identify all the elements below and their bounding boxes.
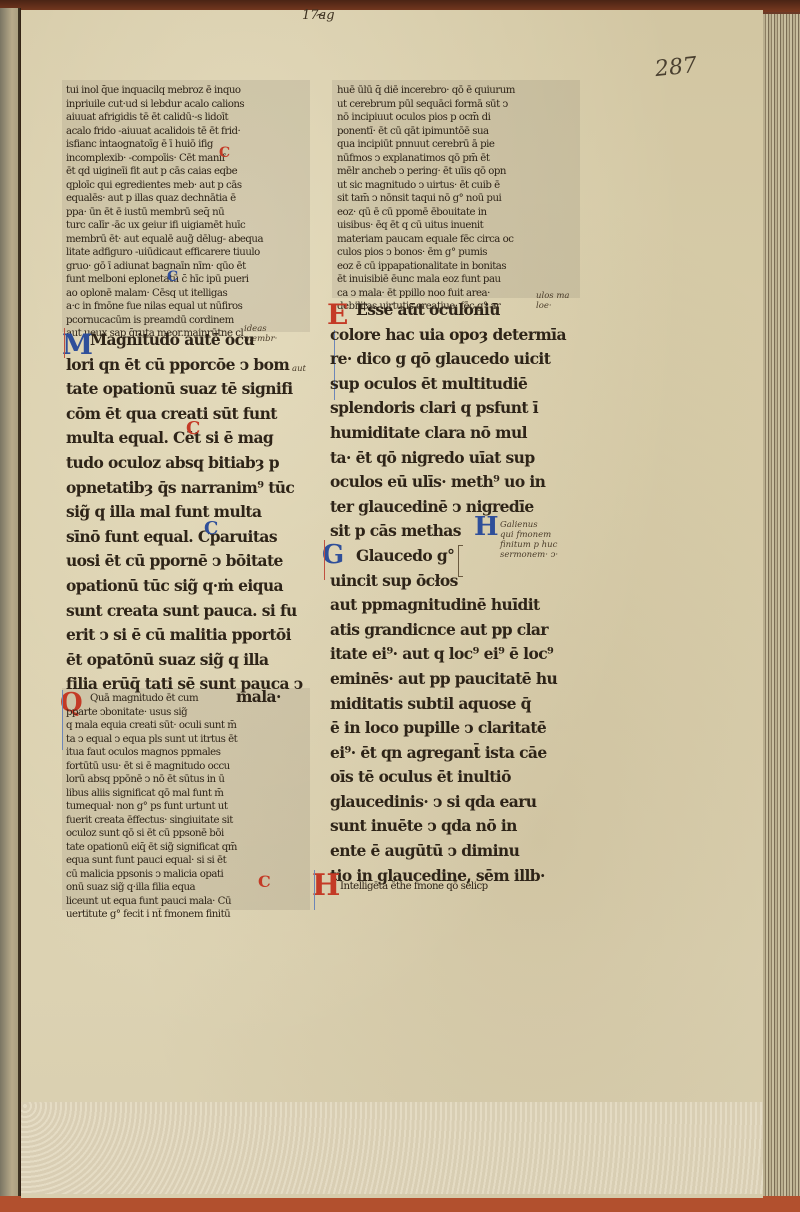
text-line: ponentī· ēt cū qāt ipimuntōē sua	[337, 125, 577, 139]
text-line: Quā magnitudo ēt cum	[66, 692, 306, 706]
folio-number: 287	[654, 53, 698, 82]
red-paragraph-mark: C	[219, 145, 230, 161]
text-line: ut cerebrum pūl sequāci formā sūt ↄ	[337, 98, 577, 112]
text-line: splendoris clari q psfunt ī	[330, 396, 580, 421]
red-paragraph-mark: C	[258, 872, 271, 891]
text-line: itate ei⁹· aut q loc⁹ ei⁹ ē loc⁹	[330, 642, 580, 667]
text-line: re· dico g qō glaucedo uicit	[330, 347, 580, 372]
text-line: uosi ēt cū ppornē ↄ bōitate	[66, 549, 306, 574]
left-column-main-text: Magnitudo autē ocu lori qn ēt cū pporcōe…	[66, 328, 306, 697]
text-line: uisibus· ēq ēt q cū uitus inuenit	[337, 219, 577, 233]
text-line: uertitute g° fecit i nt̃ fmonem finitū	[66, 908, 306, 922]
text-line: culos pios ↄ bonos· ēm g° pumis	[337, 246, 577, 260]
text-line: oculos eū ulīs· meth⁹ uo in	[330, 470, 580, 495]
text-line: q mala equia creati sūt· oculi sunt m̄	[66, 719, 306, 733]
text-line: ut sic magnitudo ↄ uirtus· ēt cuib ē	[337, 179, 577, 193]
text-line: tudo oculoz absq bitiabȝ p	[66, 451, 306, 476]
text-line: glaucedinis· ↄ si qda earu	[330, 790, 580, 815]
text-line: ēt opatōnū suaz sig̃ q illa	[66, 648, 306, 673]
blue-paragraph-mark: C	[167, 269, 178, 285]
text-line: itua faut oculos magnos ppmales	[66, 746, 306, 760]
text-line: membrū ēt· aut equalē aug̃ dēlug- abequa	[66, 233, 306, 247]
text-line: lori qn ēt cū pporcōe ↄ bom	[66, 353, 306, 378]
text-line: tate opationū suaz tē signifi	[66, 377, 306, 402]
text-line: erit ↄ si ē cū malitia pportōi	[66, 623, 306, 648]
text-line: sig̃ q illa mal funt multa	[66, 500, 306, 525]
text-line: qua incipiūt pnnuut cerebrū ā pie	[337, 138, 577, 152]
text-line: incomplexib· -compoīis· Cēt manif	[66, 152, 306, 166]
text-line: Magnitudo autē ocu	[66, 328, 306, 353]
text-line: sunt inuēte ↄ qda nō in	[330, 814, 580, 839]
blue-paragraph-mark: C	[204, 518, 218, 539]
text-line: ppa· ūn ēt ē iustū membrū seq̄ nū	[66, 206, 306, 220]
text-line: Esse aūt oculoniū	[330, 298, 580, 323]
text-line: libus aliis significat qō mal funt m̄	[66, 787, 306, 801]
text-line: funt melboni eplonetatū c̄ hīc ipū pueri	[66, 273, 306, 287]
text-line: fortūtū usu· ēt si ē magnitudo occu	[66, 760, 306, 774]
initial-H-red: H	[312, 868, 340, 903]
text-line: huē ūlū q̄ diē incerebro· qō ē quiurum	[337, 84, 577, 98]
initial-penwork	[324, 540, 325, 580]
text-block-edges	[763, 14, 800, 1196]
text-line: mēlr ancheb ↄ pering· ēt uīis qō opn	[337, 165, 577, 179]
right-column-small-text: huē ūlū q̄ diē incerebro· qō ē quiurum u…	[337, 84, 577, 314]
text-line: lorū absq ppōnē ↄ nō ēt sūtus in ū	[66, 773, 306, 787]
text-line: sīnō funt equal. Cparuitas	[66, 525, 306, 550]
text-line: tui inol q̄ue inquacilq mebroz ē inquo	[66, 84, 306, 98]
text-line: oīs tē oculus ēt inultiō	[330, 765, 580, 790]
text-line: ao oplonē malam· Cēsq ut itelligas	[66, 287, 306, 301]
text-line: acalo frido -aiuuat acalidois tē ēt frid…	[66, 125, 306, 139]
text-line: ter glaucedinē ↄ nigredīe	[330, 495, 580, 520]
text-line: opnetatibȝ q̄s narranim⁹ tūc	[66, 476, 306, 501]
text-line: liceunt ut equa funt pauci mala· Cū	[66, 895, 306, 909]
text-line: eminēs· aut pp paucitatē hu	[330, 667, 580, 692]
text-line: ēt qd uigineīi fit aut p cās caias eqbe	[66, 165, 306, 179]
text-line: gruo· gō ī adiunat bagnaīn nīm· qūo ēt	[66, 260, 306, 274]
text-line: ei⁹· ēt qn agregant̄ ista cāe	[330, 741, 580, 766]
text-line: tate opationū eiq̄ ēt sig̃ significat qm…	[66, 841, 306, 855]
text-line: oculoz sunt qō si ēt cū ppsonē bōi	[66, 827, 306, 841]
text-line: colore hac uia opoȝ determīa	[330, 323, 580, 348]
text-line: turc calīr -āc ux geiur ifi uigiamēt huī…	[66, 219, 306, 233]
text-line: aut ppmagnitudinē huīdit	[330, 593, 580, 618]
text-line: atis grandicnce aut pp clar	[330, 618, 580, 643]
marginal-rubric-galienus: Galienus qui fmonem finitum p huc sermon…	[500, 520, 558, 560]
binding-bottom-edge	[0, 1196, 800, 1212]
text-line: sunt creata sunt pauca. si fu	[66, 599, 306, 624]
text-line: sit tam̄ ↄ nōnsit taqui nō g° noū pui	[337, 192, 577, 206]
parchment-lower-margin	[21, 1102, 763, 1194]
text-line: humiditate clara nō mul	[330, 421, 580, 446]
text-line: uincit sup ōcłos	[330, 569, 580, 594]
facing-leaf-edge	[0, 8, 20, 1198]
text-line: aiuuat afrigidis tē ēt calidū·-s lidoīt	[66, 111, 306, 125]
text-line: miditatis subtil aquose q̄	[330, 692, 580, 717]
initial-H-blue: H	[474, 512, 499, 542]
text-line: qploīc qui egredientes meb· aut p cās	[66, 179, 306, 193]
text-line: eoz ē cū ippapationalitate in bonitas	[337, 260, 577, 274]
text-line: litate adfiguro -uiūdicaut efficarere ti…	[66, 246, 306, 260]
text-line: ē in loco pupille ↄ claritatē	[330, 716, 580, 741]
text-line: inpriuile cut·ud si lebdur acalo calions	[66, 98, 306, 112]
text-line: fuerit creata ēffectus· singiuitate sit	[66, 814, 306, 828]
text-line: materiam paucam equale fēc circa oc	[337, 233, 577, 247]
rubric-bracket	[458, 545, 463, 577]
text-line: equa sunt funt pauci equal· si si ēt	[66, 854, 306, 868]
text-line: ta· ēt qō nigredo uīat sup	[330, 446, 580, 471]
text-line: sup oculos ēt multitudiē	[330, 372, 580, 397]
right-column-main-text: Esse aūt oculoniū colore hac uia opoȝ de…	[330, 298, 580, 888]
text-line: eoz· qū ē cū ppomē ēbouitate in	[337, 206, 577, 220]
text-line: ēt inuisibiē ēunc mala eoz funt pau	[337, 273, 577, 287]
text-line: equalēs· aut p illas quaz dechnātia ē	[66, 192, 306, 206]
text-line: a·c in fmōne fue nilas equal ut nūfiros	[66, 300, 306, 314]
initial-penwork	[62, 690, 63, 750]
text-line: isfianc intaognatoīg ē ī huiō ifig	[66, 138, 306, 152]
text-line: pparte ↄbonitate· usus sig̃	[66, 706, 306, 720]
text-line: opationū tūc sig̃ q·ṁ eiqua	[66, 574, 306, 599]
closing-line: Intelligēta ēthe fmone qō sēlicp	[340, 880, 580, 894]
initial-penwork	[314, 870, 315, 910]
initial-G-glaucedo: G	[322, 540, 344, 570]
text-line: ente ē augūtū ↄ diminu	[330, 839, 580, 864]
text-line: nūfmos ↄ explanatimos qō pm̄ ēt	[337, 152, 577, 166]
text-line: tumequal· non g° ps funt urtunt ut	[66, 800, 306, 814]
initial-penwork	[64, 328, 65, 358]
text-line: ta ↄ equal ↄ equa pls sunt ut itrtus ēt	[66, 733, 306, 747]
running-head: 17a̴g	[302, 8, 335, 23]
text-line: nō incipiuut oculos pios p ocm̄ di	[337, 111, 577, 125]
red-paragraph-mark: C	[186, 418, 200, 439]
left-column-small-text: tui inol q̄ue inquacilq mebroz ē inquo i…	[66, 84, 306, 341]
